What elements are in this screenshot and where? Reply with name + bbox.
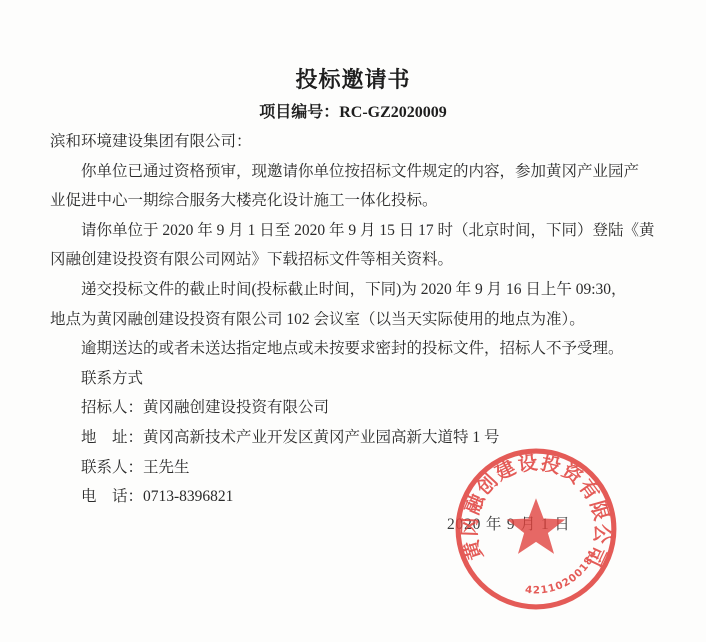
- company-seal: 黄冈融创建设投资有限公司 4211020018487: [453, 444, 619, 614]
- document-line: 滨和环境建设集团有限公司：: [50, 127, 652, 157]
- document-line: 业促进中心一期综合服务大楼亮化设计施工一体化投标。: [50, 186, 652, 216]
- document-line: 地点为黄冈融创建设投资有限公司 102 会议室（以当天实际使用的地点为准）。: [50, 305, 652, 335]
- document-line: 递交投标文件的截止时间(投标截止时间，下同)为 2020 年 9 月 16 日上…: [50, 275, 652, 305]
- project-number-label: 项目编号：: [259, 104, 339, 121]
- bid-invitation-document: 投标邀请书 项目编号：RC-GZ2020009 滨和环境建设集团有限公司：你单位…: [0, 0, 706, 642]
- document-line: 你单位已通过资格预审，现邀请你单位按招标文件规定的内容，参加黄冈产业园产: [50, 157, 652, 187]
- page-title: 投标邀请书: [0, 63, 706, 94]
- document-line: 冈融创建设投资有限公司网站》下载招标文件等相关资料。: [50, 245, 652, 275]
- document-line: 逾期送达的或者未送达指定地点或未按要求密封的投标文件，招标人不予受理。: [50, 334, 652, 364]
- document-line: 招标人：黄冈融创建设投资有限公司: [50, 393, 652, 423]
- document-line: 联系方式: [50, 364, 652, 394]
- document-line: 请你单位于 2020 年 9 月 1 日至 2020 年 9 月 15 日 17…: [50, 216, 652, 246]
- project-number-line: 项目编号：RC-GZ2020009: [0, 99, 706, 122]
- project-number-value: RC-GZ2020009: [339, 104, 447, 121]
- seal-star-icon: [507, 498, 565, 554]
